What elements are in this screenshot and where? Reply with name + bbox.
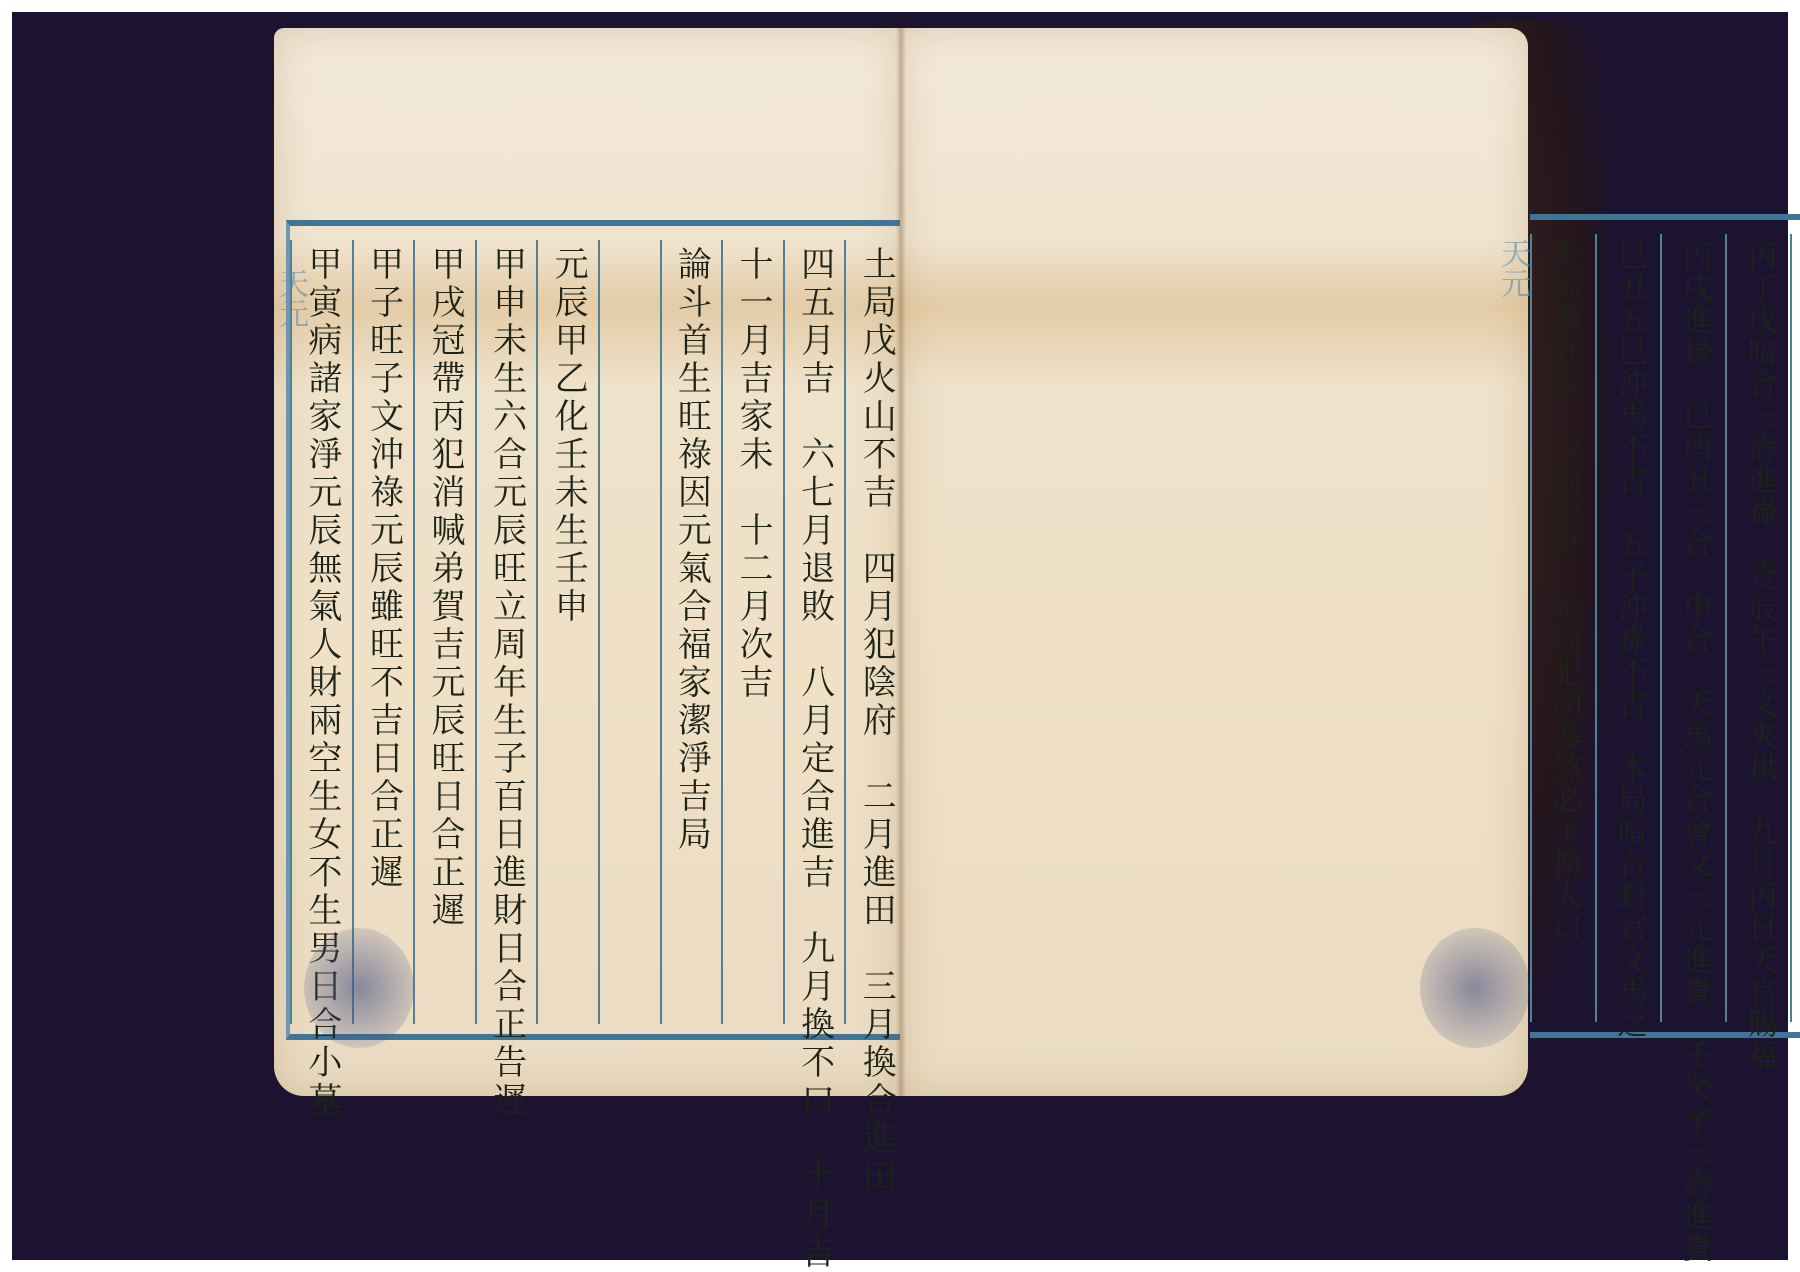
right-columns: 巳乃酉戌明朱宜用壬子戌辰明木日天三合地八殺數 太陰白虎到山 京值到向 太陰到山正… xyxy=(1530,234,1800,1022)
left-text-frame: 土局戊火山不吉 四月犯陰府 二月進田 三月換合進田 四五月吉 六七月退敗 八月定… xyxy=(286,220,906,1040)
column-text: 論斗首生旺祿因元氣合福家潔淨吉局 xyxy=(669,246,713,1024)
column-text: 甲申未生六合元辰旺立周年生子百日進財日合正告遲 xyxy=(485,246,529,1024)
open-book: 天元 土局戊火山不吉 四月犯陰府 二月進田 三月換合進田 四五月吉 六七月退敗 … xyxy=(274,28,1528,1096)
text-column xyxy=(598,240,660,1024)
column-text: 甲戌冠帶丙犯消喊弟賀吉元辰旺日合正遲 xyxy=(423,246,467,1024)
column-text: 十一月吉家未 十二月次吉 xyxy=(731,246,775,1024)
column-text: 丙丁戊暗合三壽進祿 壹辰午三文夾拱 九月丙日天官賜福 xyxy=(1737,240,1781,1022)
water-stain xyxy=(900,238,1528,388)
column-text: 火局護旺吉 金局兩財 水局犯朗暴煞必主換人口 xyxy=(1542,240,1586,1022)
left-page: 天元 土局戊火山不吉 四月犯陰府 二月進田 三月換合進田 四五月吉 六七月退敗 … xyxy=(274,28,900,1096)
text-column: 丙丁戊暗合三壽進祿 壹辰午三文夾拱 九月丙日天官賜福 xyxy=(1725,234,1790,1022)
column-text: 土局戊火山不吉 四月犯陰府 二月進田 三月換合進田 xyxy=(854,246,898,1024)
text-column: 甲戌冠帶丙犯消喊弟賀吉元辰旺日合正遲 xyxy=(413,240,475,1024)
column-text: 巳丑五巳沖馬不吉 五子沖祿不吉 木局暗合封官文馬之 xyxy=(1607,240,1651,1022)
text-column: 論斗首生旺祿因元氣合福家潔淨吉局 xyxy=(660,240,722,1024)
column-text: 甲子旺子文沖祿元辰雖旺不吉日合正遲 xyxy=(361,246,405,1024)
text-column: 十一月吉家未 十二月次吉 xyxy=(721,240,783,1024)
text-column: 巳丑五巳沖馬不吉 五子沖祿不吉 木局暗合封官文馬之 xyxy=(1595,234,1660,1022)
text-column: 元辰甲乙化壬未生壬申 xyxy=(536,240,598,1024)
column-text: 丙戌進祿 巳酉丑三合 申合 天馬元合會文三元進貴 壬癸辛三壽進貴 xyxy=(1672,240,1716,1022)
right-edge-label: 天元 xyxy=(1490,238,1534,298)
column-text: 四五月吉 六七月退敗 八月定合進吉 九月換不口 十月吉 xyxy=(793,246,837,1024)
text-column: 丙戌進祿 巳酉丑三合 申合 天馬元合會文三元進貴 壬癸辛三壽進貴 xyxy=(1660,234,1725,1022)
ink-blot xyxy=(304,928,414,1048)
text-column: 律呂八九月旺 三月壬七月癸日天官賜福 xyxy=(1790,234,1800,1022)
text-column: 甲子旺子文沖祿元辰雖旺不吉日合正遲 xyxy=(352,240,414,1024)
text-column: 甲寅病諸家淨元辰無氣人財兩空生女不生男日合小墓 xyxy=(290,240,352,1024)
book-gutter xyxy=(896,28,906,1096)
column-text: 甲寅病諸家淨元辰無氣人財兩空生女不生男日合小墓 xyxy=(300,246,344,1024)
text-column: 四五月吉 六七月退敗 八月定合進吉 九月換不口 十月吉 xyxy=(783,240,845,1024)
text-column: 火局護旺吉 金局兩財 水局犯朗暴煞必主換人口 xyxy=(1530,234,1595,1022)
column-text: 元辰甲乙化壬未生壬申 xyxy=(546,246,590,1024)
ink-blot xyxy=(1420,928,1530,1048)
right-page: 天元 巳乃酉戌明朱宜用壬子戌辰明木日天三合地八殺數 太陰白虎到山 京值到向 太陰… xyxy=(900,28,1528,1096)
text-column: 甲申未生六合元辰旺立周年生子百日進財日合正告遲 xyxy=(475,240,537,1024)
right-text-frame: 巳乃酉戌明朱宜用壬子戌辰明木日天三合地八殺數 太陰白虎到山 京值到向 太陰到山正… xyxy=(1530,214,1800,1038)
left-columns: 土局戊火山不吉 四月犯陰府 二月進田 三月換合進田 四五月吉 六七月退敗 八月定… xyxy=(290,240,906,1024)
